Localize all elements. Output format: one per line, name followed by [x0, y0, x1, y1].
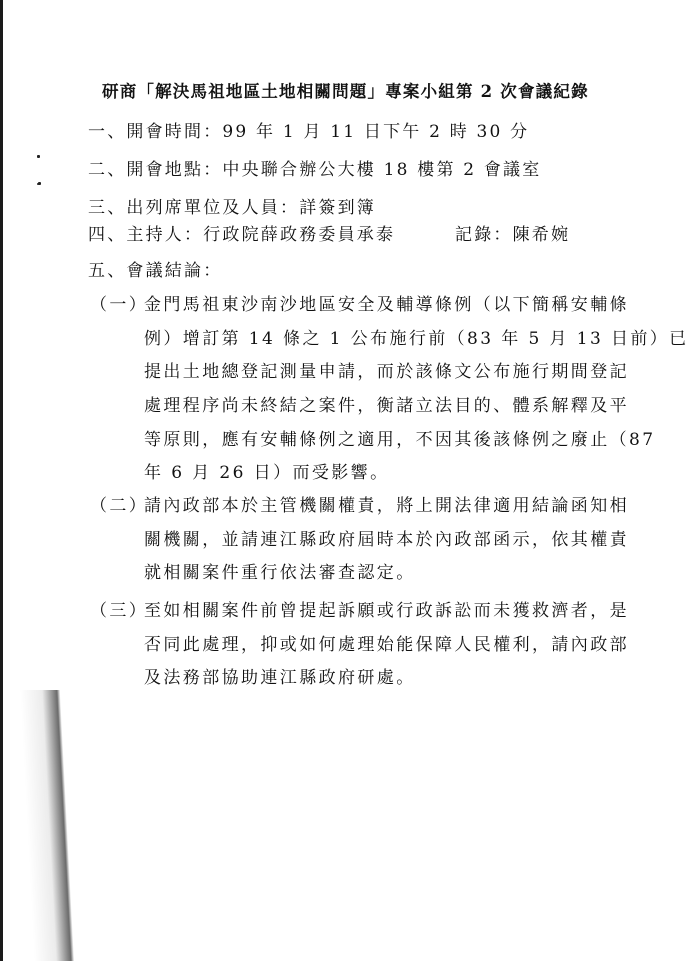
conclusion-line: 等原則，應有安輔條例之適用，不因其後該條例之廢止（87 [144, 425, 655, 450]
conclusion-marker: （三） [90, 596, 148, 621]
conclusion-marker: （二） [90, 491, 148, 516]
meeting-time: 一、開會時間：99 年 1 月 11 日下午 2 時 30 分 [88, 117, 529, 142]
document-page: 研商「解決馬祖地區土地相關問題」專案小組第 2 次會議紀錄 一、開會時間：99 … [0, 0, 700, 961]
chairperson: 四、主持人：行政院薛政務委員承泰 記錄：陳希婉 [88, 220, 395, 245]
conclusion-line: 提出土地總登記測量申請，而於該條文公布施行期間登記 [144, 357, 629, 382]
conclusion-line: 年 6 月 26 日）而受影響。 [144, 458, 389, 483]
meeting-location-text: 二、開會地點：中央聯合辦公大樓 18 樓第 2 會議室 [88, 160, 541, 180]
conclusion-line: 否同此處理，抑或如何處理始能保障人民權利，請內政部 [144, 630, 629, 655]
attendees: 三、出列席單位及人員：詳簽到簿 [88, 193, 376, 218]
document-title: 研商「解決馬祖地區土地相關問題」專案小組第 2 次會議紀錄 [102, 78, 589, 102]
conclusions-heading-text: 五、會議結論： [88, 261, 222, 281]
conclusions-heading: 五、會議結論： [88, 256, 222, 281]
conclusion-line: 及法務部協助連江縣政府研處。 [144, 663, 416, 688]
conclusion-line: 就相關案件重行依法審查認定。 [144, 558, 416, 583]
conclusion-line: 處理程序尚未終結之案件，衡諸立法目的、體系解釋及平 [144, 391, 629, 416]
meeting-time-text: 一、開會時間：99 年 1 月 11 日下午 2 時 30 分 [88, 122, 529, 142]
conclusion-line: 關機關，並請連江縣政府屆時本於內政部函示，依其權責 [144, 525, 629, 550]
recorder-text: 記錄：陳希婉 [455, 220, 570, 245]
conclusion-line: 例）增訂第 14 條之 1 公布施行前（83 年 5 月 13 日前）已 [144, 324, 689, 349]
attendees-text: 三、出列席單位及人員：詳簽到簿 [88, 198, 376, 218]
conclusion-line: 至如相關案件前曾提起訴願或行政訴訟而未獲救濟者，是 [144, 596, 629, 621]
conclusion-line: 請內政部本於主管機關權責，將上開法律適用結論函知相 [144, 491, 629, 516]
meeting-location: 二、開會地點：中央聯合辦公大樓 18 樓第 2 會議室 [88, 155, 541, 180]
chairperson-text: 四、主持人：行政院薛政務委員承泰 [88, 225, 395, 245]
conclusion-line: 金門馬祖東沙南沙地區安全及輔導條例（以下簡稱安輔條 [144, 290, 629, 315]
conclusion-marker: （一） [90, 290, 148, 315]
